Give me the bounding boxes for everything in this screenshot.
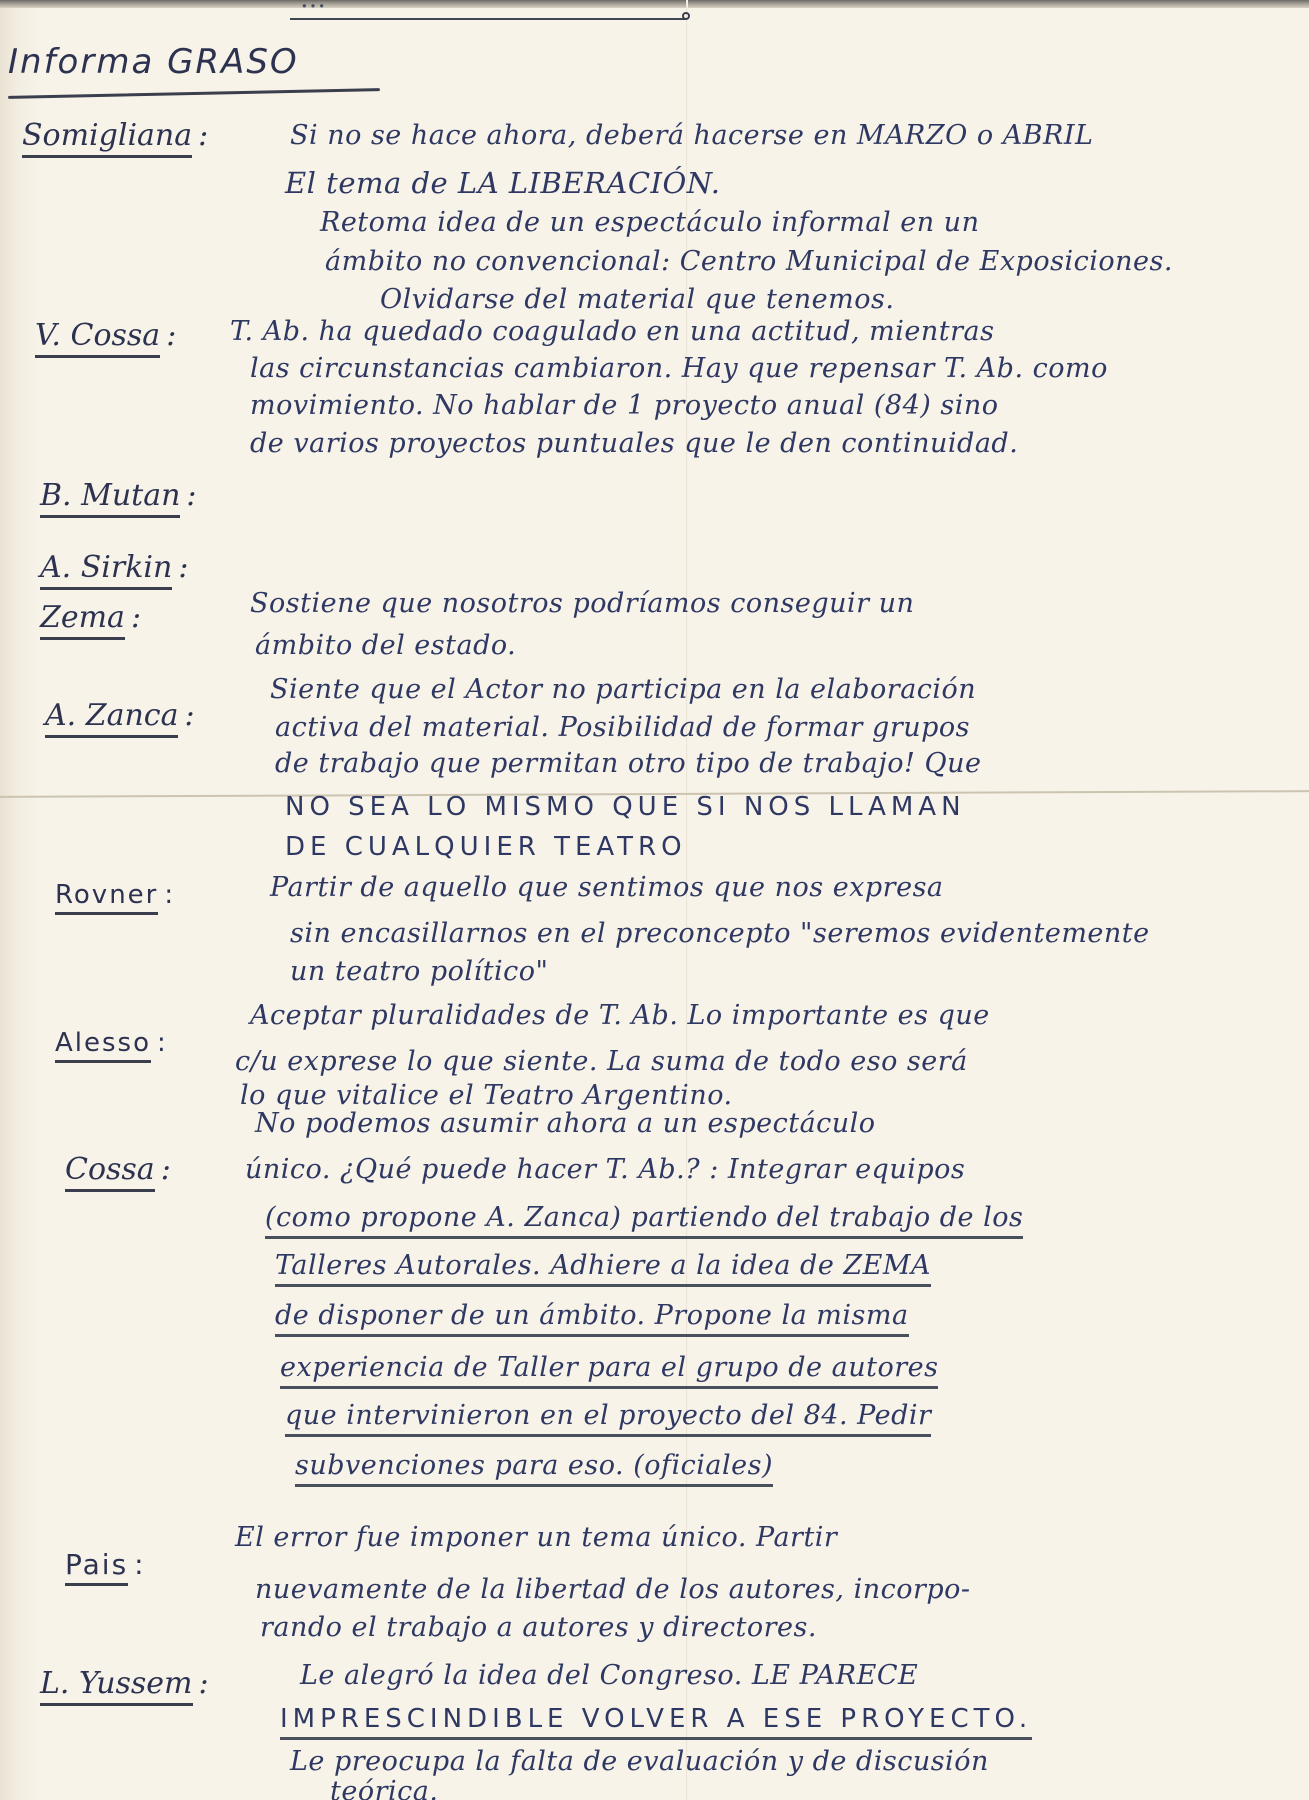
speaker-label: Zema: xyxy=(40,600,141,635)
note-line: DE CUALQUIER TEATRO xyxy=(285,832,687,862)
speaker-label: A. Sirkin: xyxy=(40,550,188,585)
note-line: lo que vitalice el Teatro Argentino. xyxy=(240,1080,733,1111)
speaker-label: A. Zanca: xyxy=(45,698,195,733)
note-line: las circunstancias cambiaron. Hay que re… xyxy=(250,353,1108,384)
note-line: El error fue imponer un tema único. Part… xyxy=(235,1522,837,1553)
note-line: Le preocupa la falta de evaluación y de … xyxy=(290,1746,989,1777)
speaker-label: Alesso: xyxy=(55,1028,168,1058)
note-line: NO SEA LO MISMO QUE SI NOS LLAMAN xyxy=(285,792,966,822)
note-line: IMPRESCINDIBLE VOLVER A ESE PROYECTO. xyxy=(280,1704,1032,1740)
note-line: Partir de aquello que sentimos que nos e… xyxy=(270,872,944,903)
note-line: sin encasillarnos en el preconcepto "ser… xyxy=(290,918,1150,949)
ink-dot xyxy=(682,12,690,20)
note-line: de varios proyectos puntuales que le den… xyxy=(250,428,1018,459)
note-line: rando el trabajo a autores y directores. xyxy=(260,1612,817,1643)
note-line: de trabajo que permitan otro tipo de tra… xyxy=(275,748,981,779)
note-line: ámbito del estado. xyxy=(255,630,516,661)
note-line: subvenciones para eso. (oficiales) xyxy=(295,1450,773,1487)
note-line: Si no se hace ahora, deberá hacerse en M… xyxy=(290,120,1093,151)
note-line: T. Ab. ha quedado coagulado en una actit… xyxy=(230,316,995,347)
cut-off-header: … xyxy=(300,0,690,14)
speaker-label: Rovner: xyxy=(55,880,175,910)
speaker-label: L. Yussem: xyxy=(40,1666,209,1701)
speaker-label: Cossa: xyxy=(65,1152,171,1187)
note-line: que intervinieron en el proyecto del 84.… xyxy=(285,1400,931,1437)
page-title: Informa GRASO xyxy=(8,42,299,82)
speaker-label: Pais: xyxy=(65,1548,146,1581)
speaker-label: V. Cossa: xyxy=(35,318,176,353)
note-line: único. ¿Qué puede hacer T. Ab.? : Integr… xyxy=(245,1154,965,1185)
note-line: El tema de LA LIBERACIÓN. xyxy=(285,166,720,200)
note-line: nuevamente de la libertad de los autores… xyxy=(255,1574,971,1605)
speaker-label: B. Mutan: xyxy=(40,478,197,513)
cut-off-header-underline xyxy=(290,18,685,20)
note-line: Aceptar pluralidades de T. Ab. Lo import… xyxy=(250,1000,990,1031)
note-line: movimiento. No hablar de 1 proyecto anua… xyxy=(250,390,999,421)
note-line: No podemos asumir ahora a un espectáculo xyxy=(255,1108,876,1139)
note-line: activa del material. Posibilidad de form… xyxy=(275,712,970,743)
note-line: teórica. xyxy=(330,1776,438,1800)
note-line: c/u exprese lo que siente. La suma de to… xyxy=(235,1046,968,1077)
note-line: Sostiene que nosotros podríamos consegui… xyxy=(250,588,914,619)
note-line: Olvidarse del material que tenemos. xyxy=(380,284,894,315)
note-line: Le alegró la idea del Congreso. LE PAREC… xyxy=(300,1660,918,1691)
note-line: Retoma idea de un espectáculo informal e… xyxy=(320,207,979,238)
speaker-label: Somigliana: xyxy=(22,118,208,153)
note-line: ámbito no convencional: Centro Municipal… xyxy=(325,246,1173,277)
note-line: Siente que el Actor no participa en la e… xyxy=(270,674,976,705)
note-line: un teatro político" xyxy=(290,956,548,987)
note-line: de disponer de un ámbito. Propone la mis… xyxy=(275,1300,909,1337)
note-line: (como propone A. Zanca) partiendo del tr… xyxy=(265,1202,1023,1239)
note-line: experiencia de Taller para el grupo de a… xyxy=(280,1352,938,1389)
note-line: Talleres Autorales. Adhiere a la idea de… xyxy=(275,1250,931,1287)
